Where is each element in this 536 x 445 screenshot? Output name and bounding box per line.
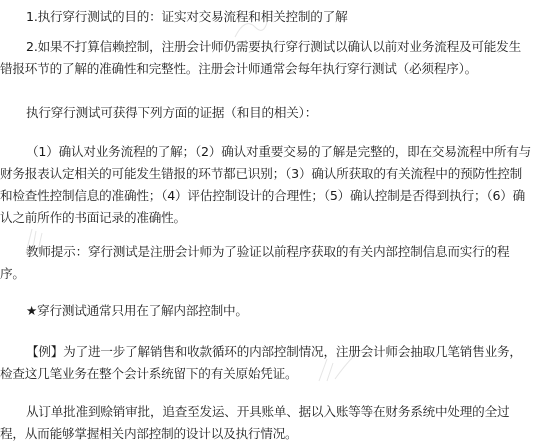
paragraph-purpose: 1.执行穿行测试的目的：证实对交易流程和相关控制的了解 (0, 6, 532, 28)
paragraph-example: 【例】为了进一步了解销售和收款循环的内部控制情况，注册会计师会抽取几笔销售业务，… (0, 341, 532, 385)
paragraph-teacher-tip: 教师提示：穿行测试是注册会计师为了验证以前程序获取的有关内部控制信息而实行的程序… (0, 241, 532, 285)
paragraph-evidence-list: （1）确认对业务流程的了解；（2）确认对重要交易的了解是完整的，即在交易流程中所… (0, 141, 532, 229)
paragraph-example-detail: 从订单批准到赊销审批，追查至发运、开具账单、据以入账等等在财务系统中处理的全过程… (0, 401, 532, 445)
paragraph-no-reliance: 2.如果不打算信赖控制，注册会计师仍需要执行穿行测试以确认以前对业务流程及可能发… (0, 36, 532, 80)
paragraph-evidence-heading: 执行穿行测试可获得下列方面的证据（和目的相关）： (0, 102, 532, 124)
paragraph-star-note: ★穿行测试通常只用在了解内部控制中。 (0, 300, 532, 322)
